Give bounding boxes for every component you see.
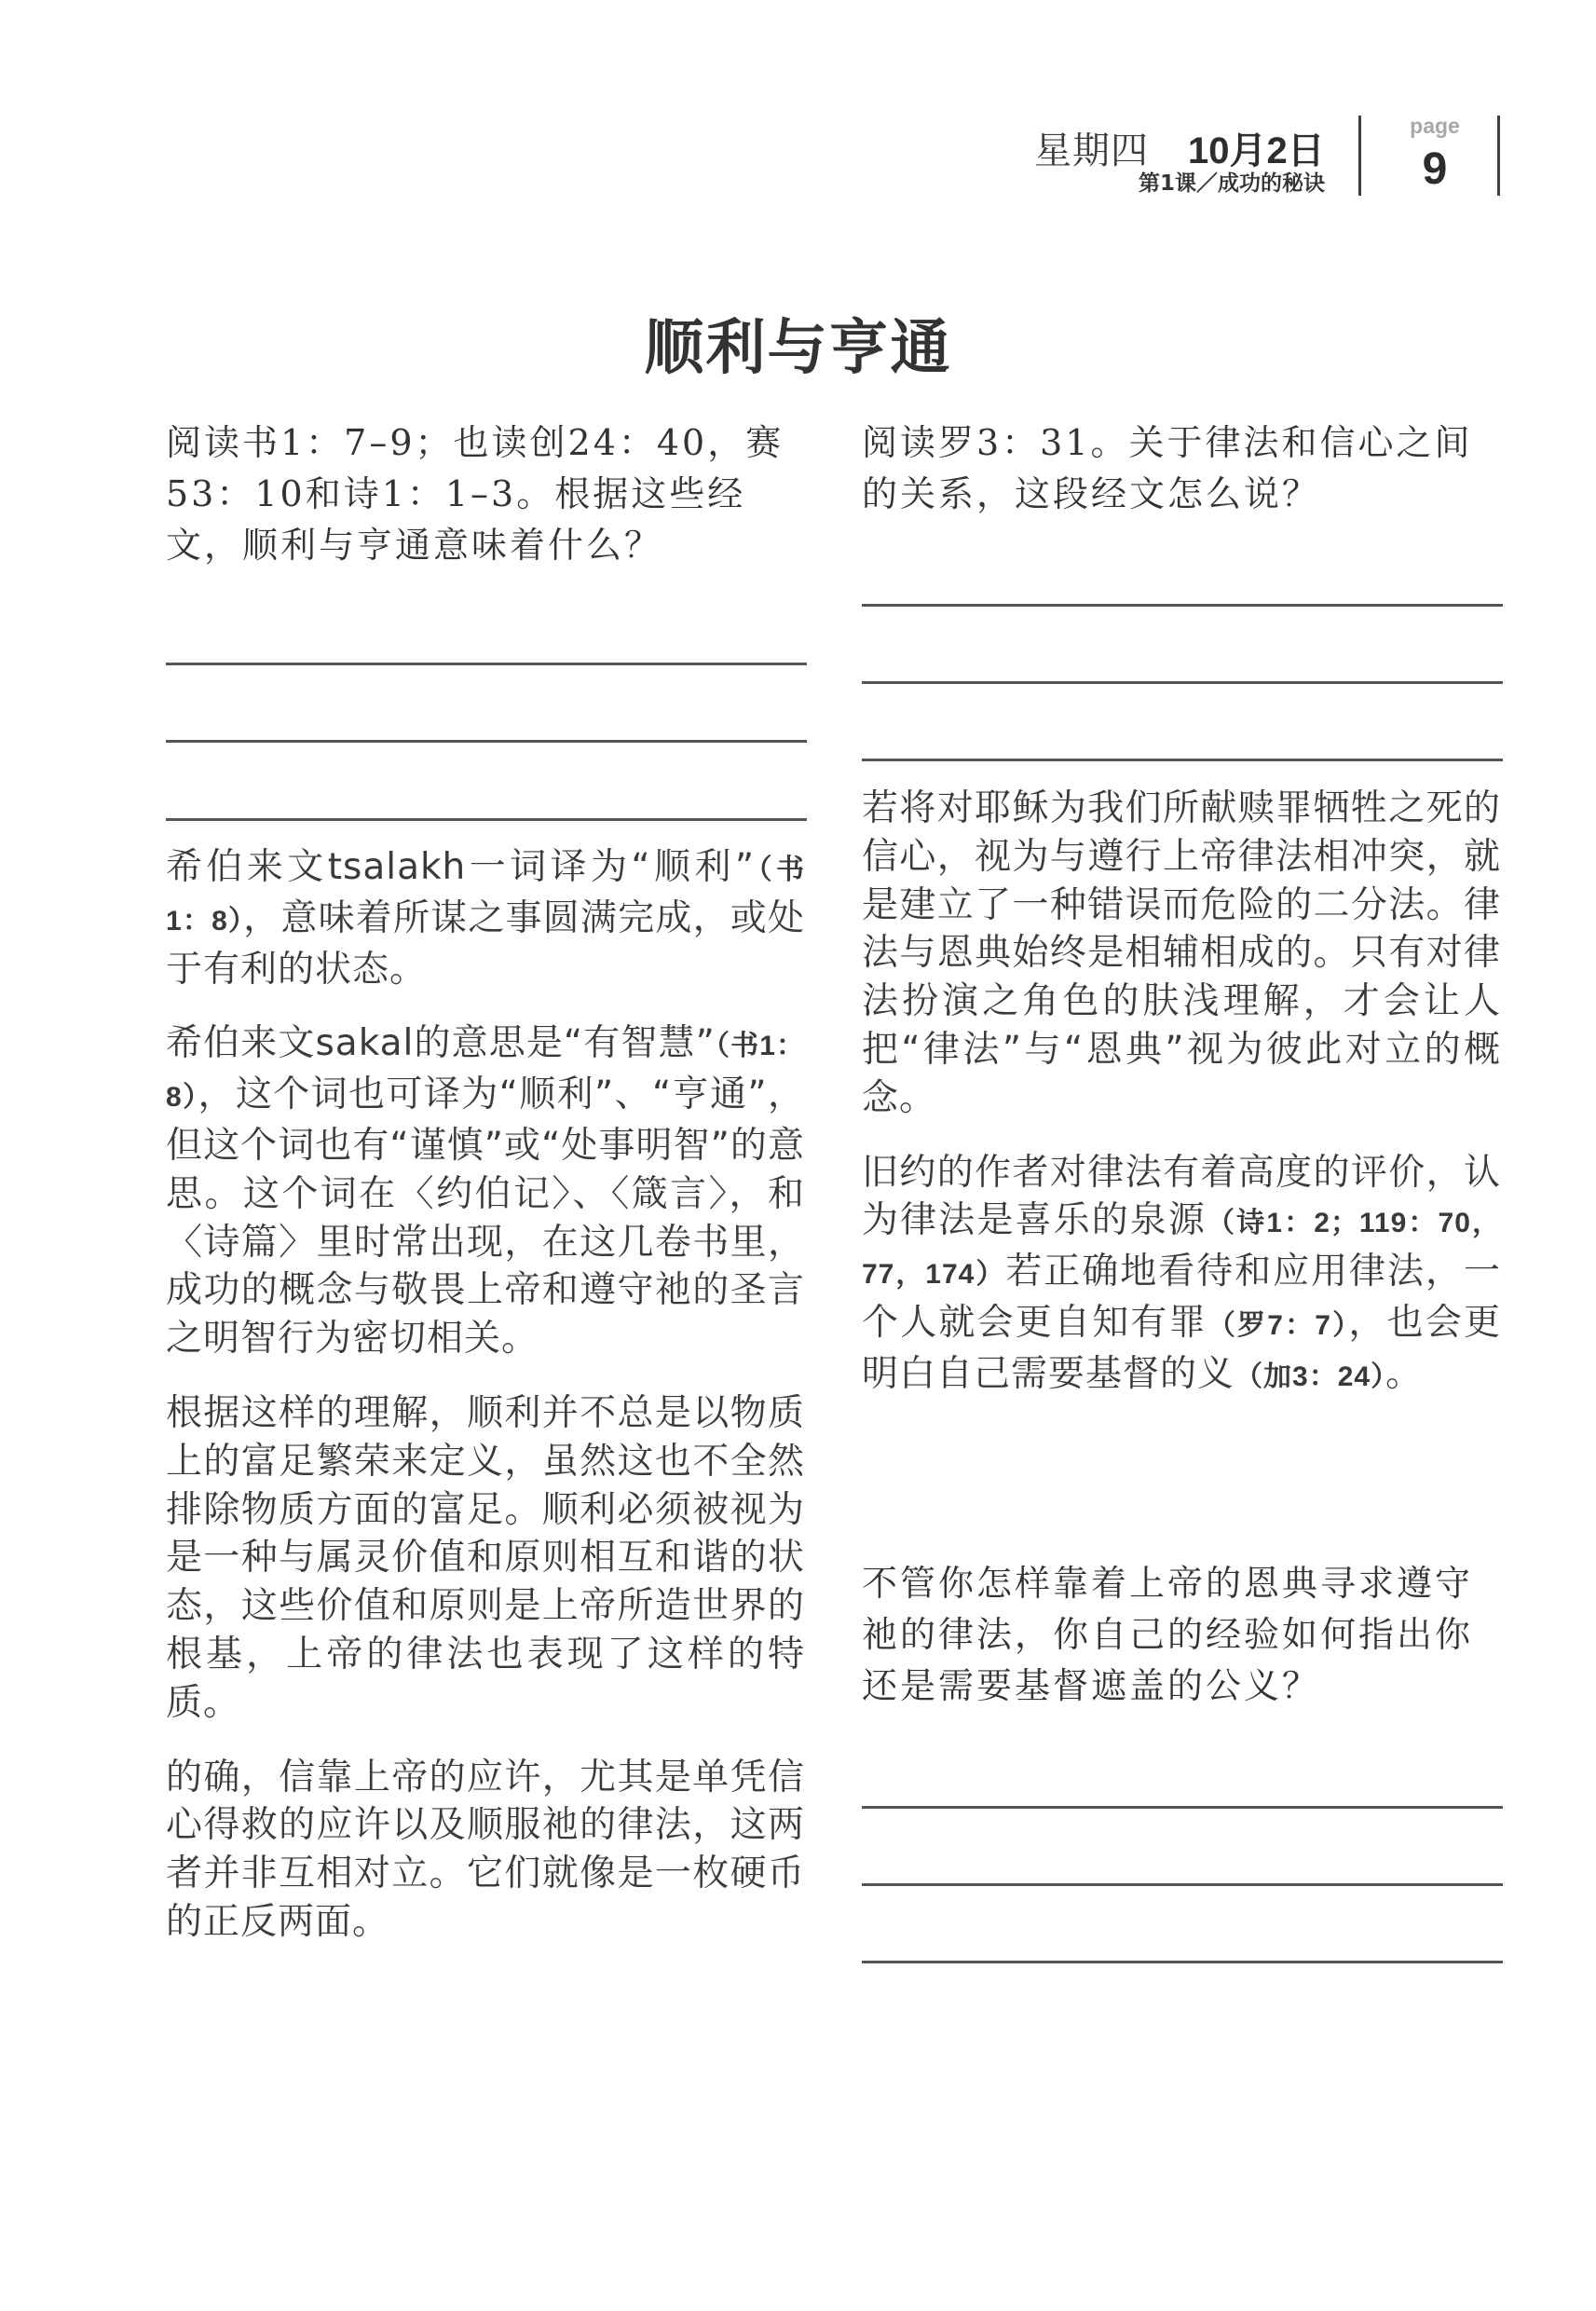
right-answer-line-1[interactable] — [862, 604, 1503, 607]
reflection-answer-line-1[interactable] — [862, 1806, 1503, 1809]
left-answer-line-3[interactable] — [166, 818, 807, 821]
left-question-block: 阅读书1：7–9；也读创24：40，赛53：10和诗1：1–3。根据这些经文，顺… — [166, 417, 805, 571]
right-paragraph-2: 旧约的作者对律法有着高度的评价，认为律法是喜乐的泉源（诗1：2；119：70，7… — [862, 1149, 1501, 1402]
left-answer-line-1[interactable] — [166, 663, 807, 665]
page-header: 星期四 10月2日 第1课／成功的秘诀 page 9 — [0, 110, 1596, 203]
page-number: 9 — [1402, 144, 1467, 195]
right-body: 若将对耶稣为我们所献赎罪牺牲之死的信心，视为与遵行上帝律法相冲突，就是建立了一种… — [862, 785, 1501, 1402]
left-body: 希伯来文tsalakh一词译为“顺利”（书1：8），意味着所谋之事圆满完成，或处… — [166, 843, 805, 1947]
paragraph-text: ，意味着所谋之事圆满完成，或处于有利的状态。 — [166, 897, 805, 991]
reflection-answer-line-3[interactable] — [862, 1961, 1503, 1963]
left-answer-line-2[interactable] — [166, 740, 807, 743]
paragraph-text: 希伯来文sakal的意思是“有智慧” — [166, 1022, 716, 1064]
page-label: page — [1402, 114, 1467, 139]
header-lesson: 第1课／成功的秘诀 — [1139, 166, 1325, 197]
header-day: 星期四 — [1034, 121, 1149, 174]
left-paragraph-4: 的确，信靠上帝的应许，尤其是单凭信心得救的应许以及顺服祂的律法，这两者并非互相对… — [166, 1754, 805, 1947]
scripture-reference: （罗7：7） — [1207, 1310, 1349, 1341]
left-paragraph-1: 希伯来文tsalakh一词译为“顺利”（书1：8），意味着所谋之事圆满完成，或处… — [166, 843, 805, 993]
right-question: 阅读罗3：31。关于律法和信心之间的关系，这段经文怎么说？ — [862, 417, 1501, 520]
reflection-question-block: 不管你怎样靠着上帝的恩典寻求遵守祂的律法，你自己的经验如何指出你还是需要基督遮盖… — [862, 1558, 1501, 1712]
left-paragraph-3: 根据这样的理解，顺利并不总是以物质上的富足繁荣来定义，虽然这也不全然排除物质方面… — [166, 1389, 805, 1728]
page-title: 顺利与亨通 — [0, 300, 1596, 386]
paragraph-text: 希伯来文tsalakh一词译为“顺利” — [166, 846, 755, 888]
right-paragraph-1: 若将对耶稣为我们所献赎罪牺牲之死的信心，视为与遵行上帝律法相冲突，就是建立了一种… — [862, 785, 1501, 1123]
paragraph-text: ，这个词也可译为“顺利”、“亨通”，但这个词也有“谨慎”或“处事明智”的意思。这… — [166, 1073, 805, 1360]
header-divider-right — [1497, 116, 1500, 196]
right-answer-line-2[interactable] — [862, 681, 1503, 684]
left-question: 阅读书1：7–9；也读创24：40，赛53：10和诗1：1–3。根据这些经文，顺… — [166, 417, 805, 571]
reflection-answer-line-2[interactable] — [862, 1883, 1503, 1886]
header-divider-left — [1358, 116, 1361, 196]
left-paragraph-2: 希伯来文sakal的意思是“有智慧”（书1：8），这个词也可译为“顺利”、“亨通… — [166, 1019, 805, 1363]
right-question-block: 阅读罗3：31。关于律法和信心之间的关系，这段经文怎么说？ — [862, 417, 1501, 520]
reflection-question: 不管你怎样靠着上帝的恩典寻求遵守祂的律法，你自己的经验如何指出你还是需要基督遮盖… — [862, 1558, 1501, 1712]
right-answer-line-3[interactable] — [862, 759, 1503, 761]
paragraph-text: 。 — [1385, 1353, 1423, 1395]
scripture-reference: （加3：24） — [1235, 1361, 1385, 1392]
